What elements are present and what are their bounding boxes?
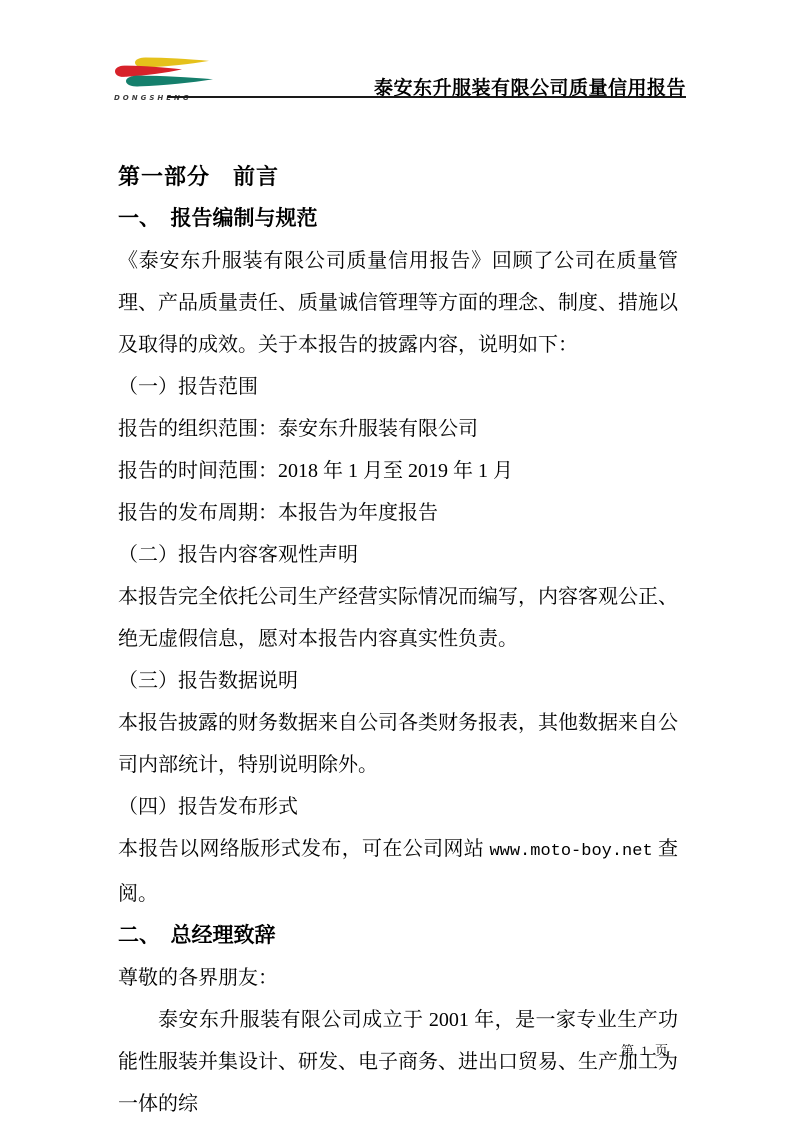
data-heading: （三）报告数据说明 xyxy=(118,660,678,702)
page-number: 第 1 页 xyxy=(621,1040,670,1059)
gm-paragraph: 泰安东升服装有限公司成立于 2001 年，是一家专业生产功能性服装并集设计、研发… xyxy=(118,999,678,1122)
website-url: www.moto-boy.net xyxy=(489,842,652,861)
section-heading-1: 一、 报告编制与规范 xyxy=(118,198,678,240)
comet-red-icon xyxy=(115,66,182,77)
section-heading-2: 二、 总经理致辞 xyxy=(118,915,678,957)
logo-comets-icon xyxy=(114,55,218,93)
comet-teal-icon xyxy=(126,76,213,87)
comet-yellow-icon xyxy=(135,58,209,68)
greeting-line: 尊敬的各界朋友： xyxy=(118,957,678,999)
objectivity-paragraph: 本报告完全依托公司生产经营实际情况而编写，内容客观公正、绝无虚假信息，愿对本报告… xyxy=(118,576,678,660)
scope-time-line: 报告的时间范围：2018 年 1 月至 2019 年 1 月 xyxy=(118,450,678,492)
scope-cycle-line: 报告的发布周期：本报告为年度报告 xyxy=(118,492,678,534)
publish-paragraph: 本报告以网络版形式发布，可在公司网站 www.moto-boy.net 查阅。 xyxy=(118,828,678,915)
scope-org-line: 报告的组织范围：泰安东升服装有限公司 xyxy=(118,408,678,450)
scope-heading: （一）报告范围 xyxy=(118,366,678,408)
publish-heading: （四）报告发布形式 xyxy=(118,786,678,828)
intro-paragraph: 《泰安东升服装有限公司质量信用报告》回顾了公司在质量管理、产品质量责任、质量诚信… xyxy=(118,240,678,366)
header-title: 泰安东升服装有限公司质量信用报告 xyxy=(374,73,686,100)
data-paragraph: 本报告披露的财务数据来自公司各类财务报表，其他数据来自公司内部统计，特别说明除外… xyxy=(118,702,678,786)
objectivity-heading: （二）报告内容客观性声明 xyxy=(118,534,678,576)
part-title: 第一部分 前言 xyxy=(118,156,678,198)
document-body: 第一部分 前言 一、 报告编制与规范 《泰安东升服装有限公司质量信用报告》回顾了… xyxy=(118,156,678,1122)
publish-text-prefix: 本报告以网络版形式发布，可在公司网站 xyxy=(118,838,489,860)
document-page: DONGSHENG 泰安东升服装有限公司质量信用报告 第一部分 前言 一、 报告… xyxy=(0,0,793,1122)
